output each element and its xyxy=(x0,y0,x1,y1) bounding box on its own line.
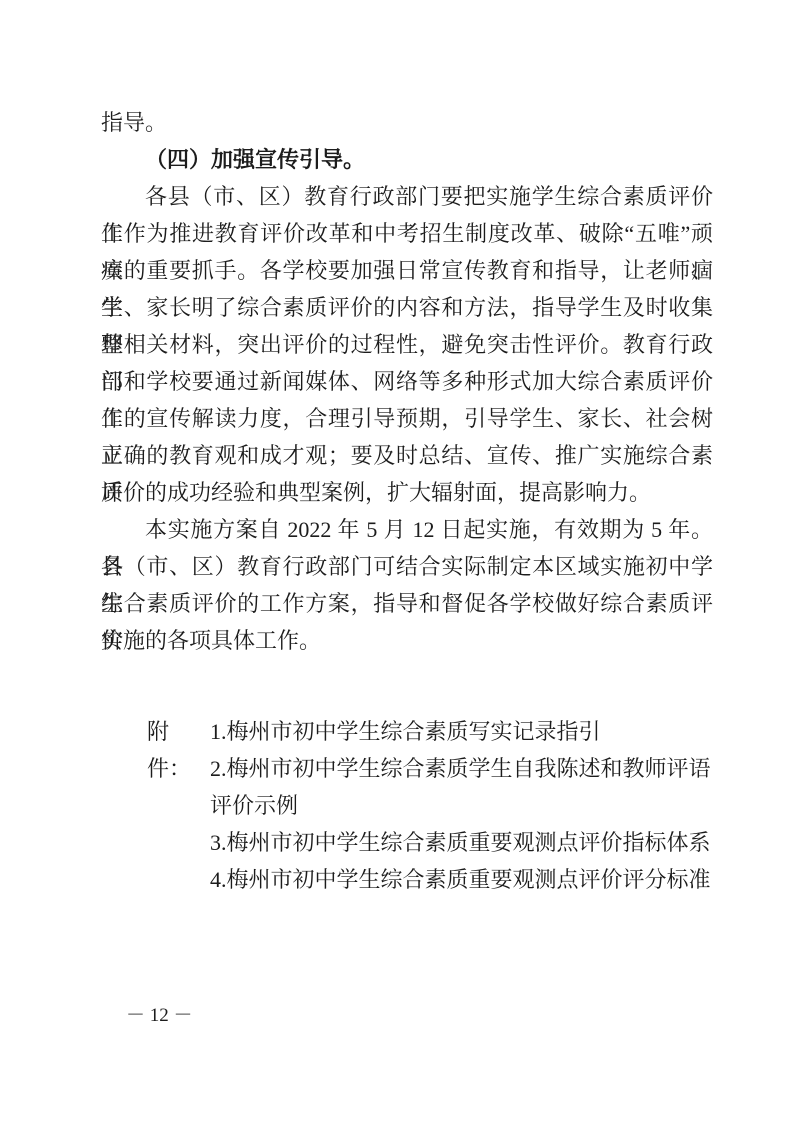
paragraph-line: 门和学校要通过新闻媒体、网络等多种形式加大综合素质评价工 xyxy=(101,363,713,400)
paragraph-line: 正确的教育观和成才观；要及时总结、宣传、推广实施综合素质 xyxy=(101,437,713,474)
attachments-list: 1.梅州市初中学生综合素质写实记录指引 2.梅州市初中学生综合素质学生自我陈述和… xyxy=(210,713,713,898)
attachment-item-2: 2.梅州市初中学生综合素质学生自我陈述和教师评语 xyxy=(210,750,713,787)
paragraph-line: 县（市、区）教育行政部门可结合实际制定本区域实施初中学生 xyxy=(101,548,713,585)
paragraph-line: 疾的重要抓手。各学校要加强日常宣传教育和指导，让老师、学 xyxy=(101,252,713,289)
attachment-item-2-continued: 评价示例 xyxy=(210,787,713,824)
paragraph-line: 本实施方案自 2022 年 5 月 12 日起实施，有效期为 5 年。各 xyxy=(101,511,713,548)
paragraph-line: 评价的成功经验和典型案例，扩大辐射面，提高影响力。 xyxy=(101,474,713,511)
document-page: 指导。 （四）加强宣传引导。 各县（市、区）教育行政部门要把实施学生综合素质评价… xyxy=(0,0,793,1121)
paragraph-line: 作的宣传解读力度，合理引导预期，引导学生、家长、社会树立 xyxy=(101,400,713,437)
paragraph-line: 理相关材料，突出评价的过程性，避免突击性评价。教育行政部 xyxy=(101,326,713,363)
paragraph-tail-line: 指导。 xyxy=(101,104,713,141)
paragraph-line: 各县（市、区）教育行政部门要把实施学生综合素质评价工 xyxy=(101,178,713,215)
paragraph-line: 生、家长明了综合素质评价的内容和方法，指导学生及时收集整 xyxy=(101,289,713,326)
attachments-block: 附件： 1.梅州市初中学生综合素质写实记录指引 2.梅州市初中学生综合素质学生自… xyxy=(147,713,713,898)
section-heading-line: （四）加强宣传引导。 xyxy=(101,141,713,178)
paragraph-line: 综合素质评价的工作方案，指导和督促各学校做好综合素质评价 xyxy=(101,585,713,622)
page-number: － 12 － xyxy=(126,1000,193,1027)
attachment-item-1: 1.梅州市初中学生综合素质写实记录指引 xyxy=(210,713,713,750)
document-body: 指导。 （四）加强宣传引导。 各县（市、区）教育行政部门要把实施学生综合素质评价… xyxy=(101,104,713,898)
attachments-label: 附件： xyxy=(147,713,210,750)
attachment-item-4: 4.梅州市初中学生综合素质重要观测点评价评分标准 xyxy=(210,861,713,898)
paragraph-line: 实施的各项具体工作。 xyxy=(101,622,713,659)
attachment-item-3: 3.梅州市初中学生综合素质重要观测点评价指标体系 xyxy=(210,824,713,861)
paragraph-line: 作作为推进教育评价改革和中考招生制度改革、破除“五唯”顽瘴痼 xyxy=(101,215,713,252)
